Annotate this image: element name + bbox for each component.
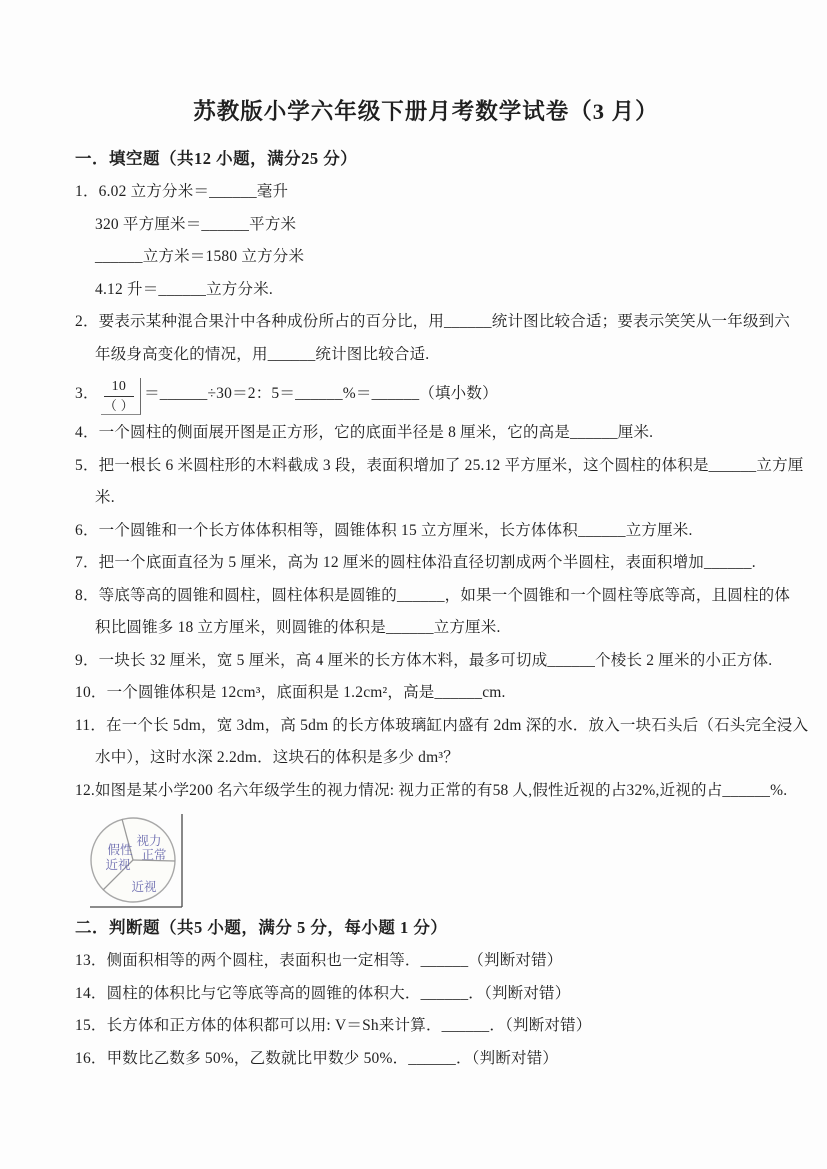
question-8: 8．等底等高的圆锥和圆柱，圆柱体积是圆锥的______，如果一个圆锥和一个圆柱等… — [75, 580, 777, 645]
fraction-numerator: 10 — [104, 379, 134, 397]
question-11-line-2: 水中），这时水深 2.2dm．这块石的体积是多少 dm³？ — [95, 742, 777, 775]
question-6: 6．一个圆锥和一个长方体体积相等，圆锥体积 15 立方厘米，长方体体积_____… — [75, 515, 777, 548]
page-title: 苏教版小学六年级下册月考数学试卷（3 月） — [75, 96, 777, 128]
exam-paper-page: 苏教版小学六年级下册月考数学试卷（3 月） 一．填空题（共12 小题，满分25 … — [0, 0, 827, 1169]
question-3-number: 3． — [75, 385, 99, 402]
question-7: 7．把一个底面直径为 5 厘米，高为 12 厘米的圆柱体沿直径切割成两个半圆柱，… — [75, 547, 777, 580]
question-4: 4．一个圆柱的侧面展开图是正方形，它的底面半径是 8 厘米，它的高是______… — [75, 417, 777, 450]
section-judge-heading: 二．判断题（共5 小题，满分 5 分，每小题 1 分） — [75, 911, 777, 945]
question-14: 14．圆柱的体积比与它等底等高的圆锥的体积大．______．（判断对错） — [75, 978, 777, 1011]
vision-pie-chart: 视力 正常 假性 近视 近视 — [88, 813, 186, 909]
pie-label-normal-vision-2: 正常 — [141, 847, 166, 862]
pie-label-pseudo-myopia-1: 假性 — [107, 842, 133, 857]
question-2-line-2: 年级身高变化的情况，用______统计图比较合适. — [95, 339, 777, 372]
question-3-text: ＝______÷30＝2：5＝______%＝______（填小数） — [144, 385, 498, 402]
question-10: 10．一个圆锥体积是 12cm³，底面积是 1.2cm²，高是______cm. — [75, 677, 777, 710]
question-11-line-1: 11．在一个长 5dm，宽 3dm，高 5dm 的长方体玻璃缸内盛有 2dm 深… — [75, 710, 777, 743]
section-fill-heading: 一．填空题（共12 小题，满分25 分） — [75, 142, 777, 176]
pie-label-normal-vision-1: 视力 — [136, 833, 161, 848]
question-2: 2．要表示某种混合果汁中各种成份所占的百分比，用______统计图比较合适；要表… — [75, 306, 777, 371]
question-1: 1．6.02 立方分米＝______毫升 320 平方厘米＝______平方米 … — [75, 176, 777, 306]
fraction-denominator: （ ） — [104, 397, 134, 413]
question-11: 11．在一个长 5dm，宽 3dm，高 5dm 的长方体玻璃缸内盛有 2dm 深… — [75, 710, 777, 775]
fraction: 10（ ） — [101, 378, 141, 415]
question-1-line-1: 1．6.02 立方分米＝______毫升 — [75, 176, 777, 209]
pie-label-pseudo-myopia-2: 近视 — [105, 858, 131, 872]
question-1-line-4: 4.12 升＝______立方分米. — [95, 274, 777, 307]
question-8-line-2: 积比圆锥多 18 立方厘米，则圆锥的体积是______立方厘米. — [95, 612, 777, 645]
pie-label-myopia: 近视 — [131, 880, 157, 894]
question-5-line-1: 5．把一根长 6 米圆柱形的木料截成 3 段，表面积增加了 25.12 平方厘米… — [75, 450, 777, 483]
question-1-line-3: ______立方米＝1580 立方分米 — [95, 241, 777, 274]
question-15: 15．长方体和正方体的体积都可以用: V＝Sh来计算．______．（判断对错） — [75, 1010, 777, 1043]
question-9: 9．一块长 32 厘米，宽 5 厘米，高 4 厘米的长方体木料，最多可切成___… — [75, 645, 777, 678]
page-content: 苏教版小学六年级下册月考数学试卷（3 月） 一．填空题（共12 小题，满分25 … — [0, 0, 827, 1075]
question-5-line-2: 米. — [95, 482, 777, 515]
question-8-line-1: 8．等底等高的圆锥和圆柱，圆柱体积是圆锥的______，如果一个圆锥和一个圆柱等… — [75, 580, 777, 613]
pie-chart-svg: 视力 正常 假性 近视 近视 — [88, 813, 186, 909]
question-3: 3．10（ ）＝______÷30＝2：5＝______%＝______（填小数… — [75, 371, 777, 417]
question-12: 12.如图是某小学200 名六年级学生的视力情况: 视力正常的有58 人,假性近… — [75, 775, 777, 808]
question-2-line-1: 2．要表示某种混合果汁中各种成份所占的百分比，用______统计图比较合适；要表… — [75, 306, 777, 339]
question-13: 13．侧面积相等的两个圆柱，表面积也一定相等．______（判断对错） — [75, 945, 777, 978]
question-16: 16．甲数比乙数多 50%，乙数就比甲数少 50%．______．（判断对错） — [75, 1043, 777, 1076]
question-1-line-2: 320 平方厘米＝______平方米 — [95, 209, 777, 242]
question-5: 5．把一根长 6 米圆柱形的木料截成 3 段，表面积增加了 25.12 平方厘米… — [75, 450, 777, 515]
